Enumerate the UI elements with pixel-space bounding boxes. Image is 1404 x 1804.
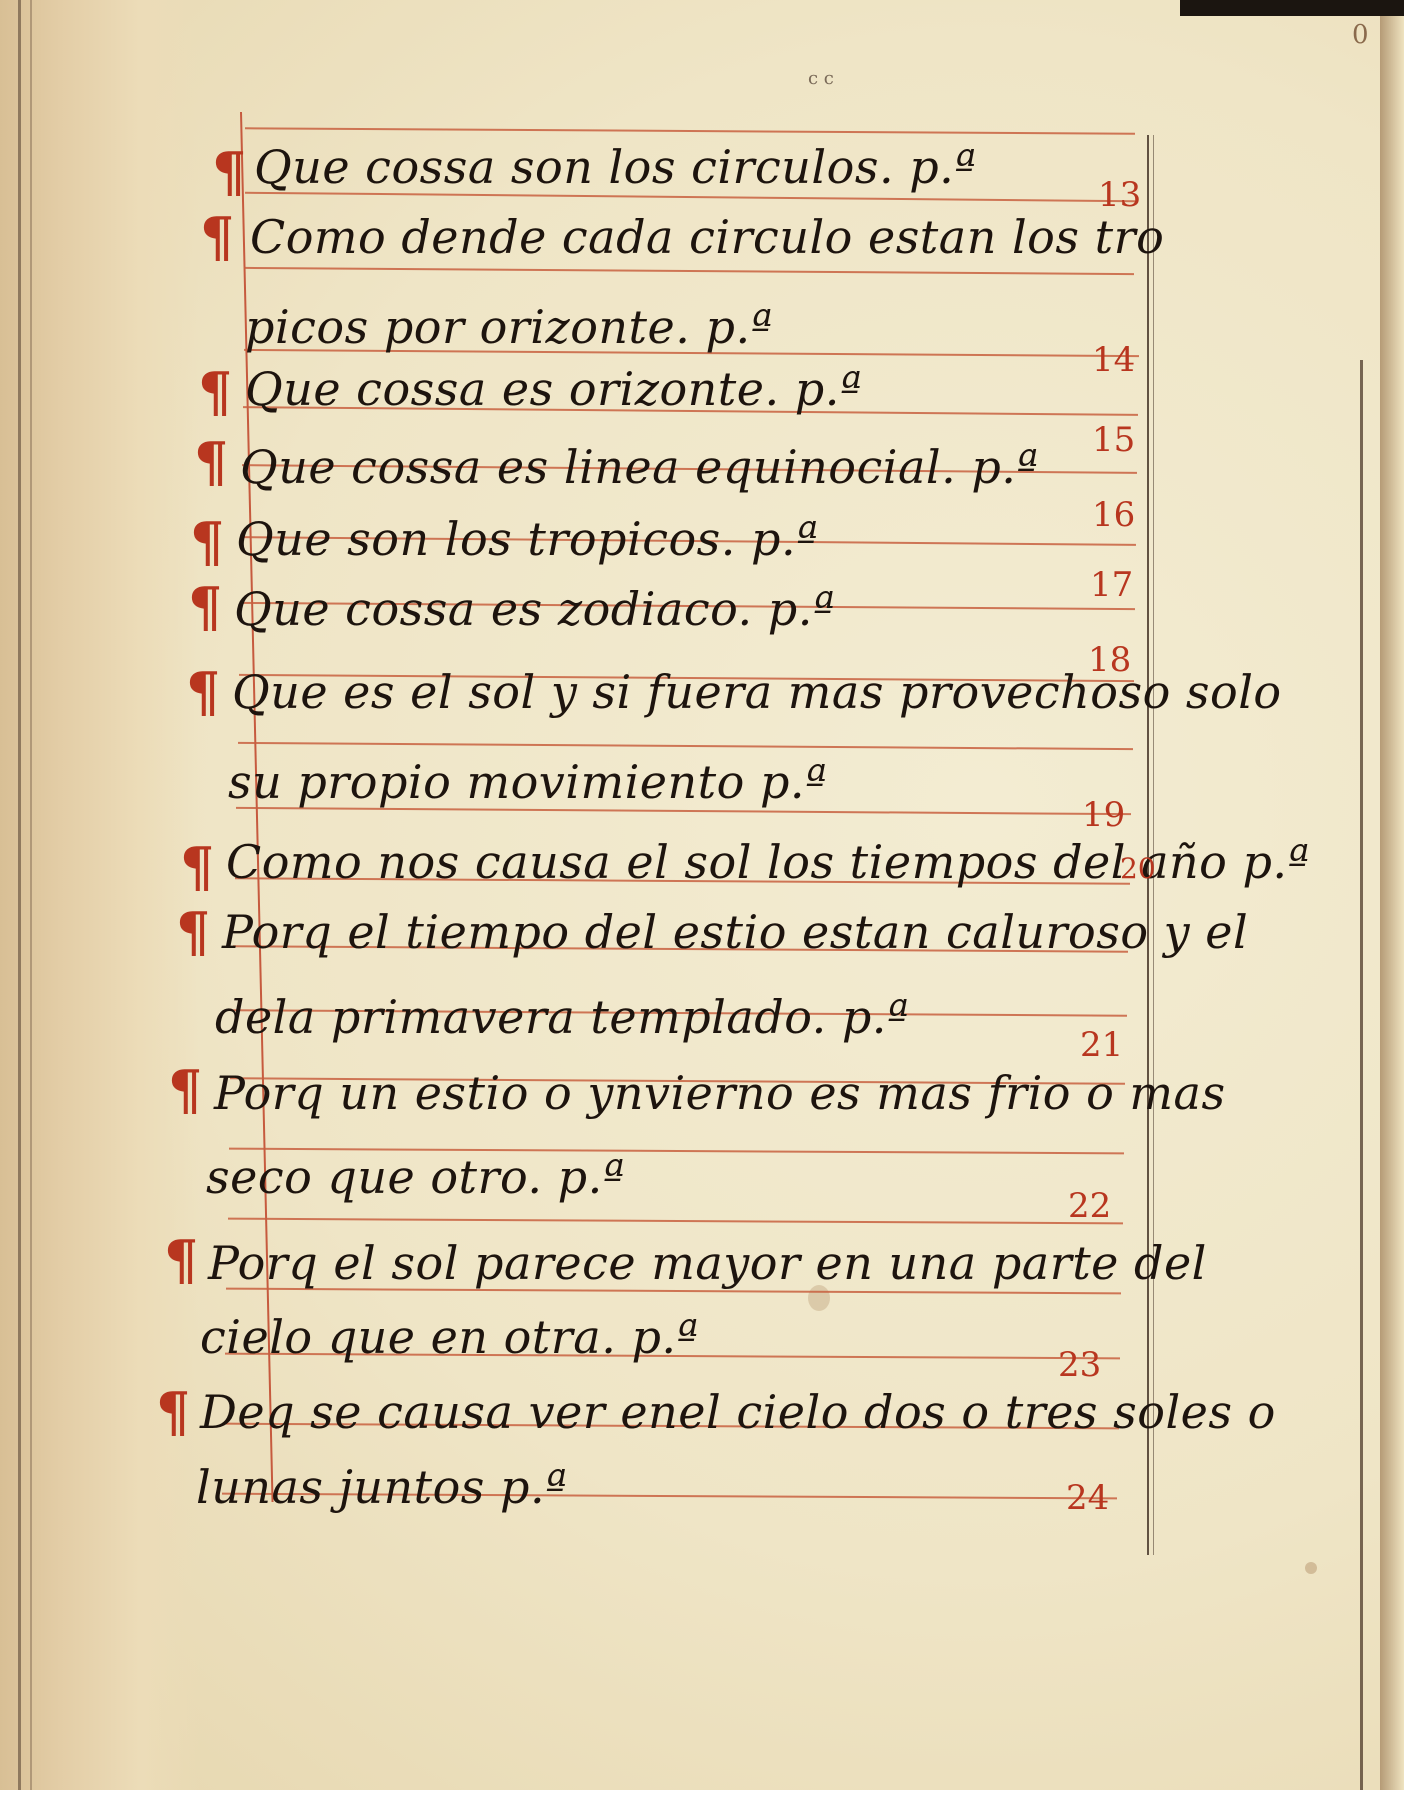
page-number: 16 [1092,495,1135,535]
page-number: 13 [1098,175,1141,215]
page-number: 17 [1090,565,1133,605]
rubric-pilcrow-icon: ¶ [190,510,224,574]
page-number: 15 [1092,420,1135,460]
top-marks: c c [808,68,834,89]
toc-entry-line: Que cossa es zodiaco. p.ª [234,582,835,636]
rubric-pilcrow-icon: ¶ [194,430,228,494]
toc-entry-line: Como dende cada circulo estan los tro [250,210,1164,264]
page-number: 24 [1066,1478,1109,1518]
toc-entry-line: lunas juntos p.ª [196,1460,567,1514]
page-number: 14 [1092,340,1135,380]
toc-entry-line: Que cossa es linea equinocial. p.ª [240,440,1039,494]
rule-line [228,1218,1123,1225]
page-number: 22 [1068,1186,1111,1226]
toc-entry-line: picos por orizonte. p.ª [245,300,773,354]
rule-line [244,267,1134,275]
rubric-pilcrow-icon: ¶ [200,205,234,269]
folio-mark: 0 [1352,20,1369,50]
rubric-pilcrow-icon: ¶ [156,1380,190,1444]
right-gutter [1380,16,1404,1790]
page-number: 21 [1080,1025,1123,1065]
toc-entry-line: Deq se causa ver enel cielo dos o tres s… [200,1385,1276,1439]
manuscript-page: 0 c c ¶ Que cossa son los circulos. p.ª … [0,0,1404,1790]
toc-entry-line: cielo que en otra. p.ª [200,1310,699,1364]
rubric-pilcrow-icon: ¶ [164,1228,198,1292]
rubric-pilcrow-icon: ¶ [176,900,210,964]
toc-entry-line: Que son los tropicos. p.ª [236,512,818,566]
small-stain [1305,1562,1317,1574]
rubric-pilcrow-icon: ¶ [168,1058,202,1122]
toc-entry-line: Que es el sol y si fuera mas provechoso … [232,665,1282,719]
toc-entry-line: Porq el tiempo del estio estan caluroso … [222,905,1248,959]
rule-line [238,742,1133,750]
page-number: 23 [1058,1345,1101,1385]
binding-fold-line-2 [30,0,32,1790]
rubric-pilcrow-icon: ¶ [180,835,214,899]
toc-entry-line: seco que otro. p.ª [206,1150,625,1204]
rubric-pilcrow-icon: ¶ [186,660,220,724]
binding-fold-line [18,0,21,1790]
right-fold-line [1360,360,1363,1790]
page-number: 20 [1120,852,1156,885]
toc-entry-line: su propio movimiento p.ª [228,755,827,809]
rubric-pilcrow-icon: ¶ [188,575,222,639]
rubric-pilcrow-icon: ¶ [212,140,246,204]
top-dark-edge [1180,0,1404,16]
toc-entry-line: Que cossa es orizonte. p.ª [245,362,862,416]
page-number: 19 [1082,795,1125,835]
toc-entry-line: Porq un estio o ynvierno es mas frio o m… [214,1066,1226,1120]
toc-entry-line: dela primavera templado. p.ª [215,990,909,1044]
toc-entry-line: Porq el sol parece mayor en una parte de… [208,1236,1207,1290]
rubric-pilcrow-icon: ¶ [198,360,232,424]
rule-line [245,127,1135,134]
toc-entry-line: Que cossa son los circulos. p.ª [254,140,977,194]
